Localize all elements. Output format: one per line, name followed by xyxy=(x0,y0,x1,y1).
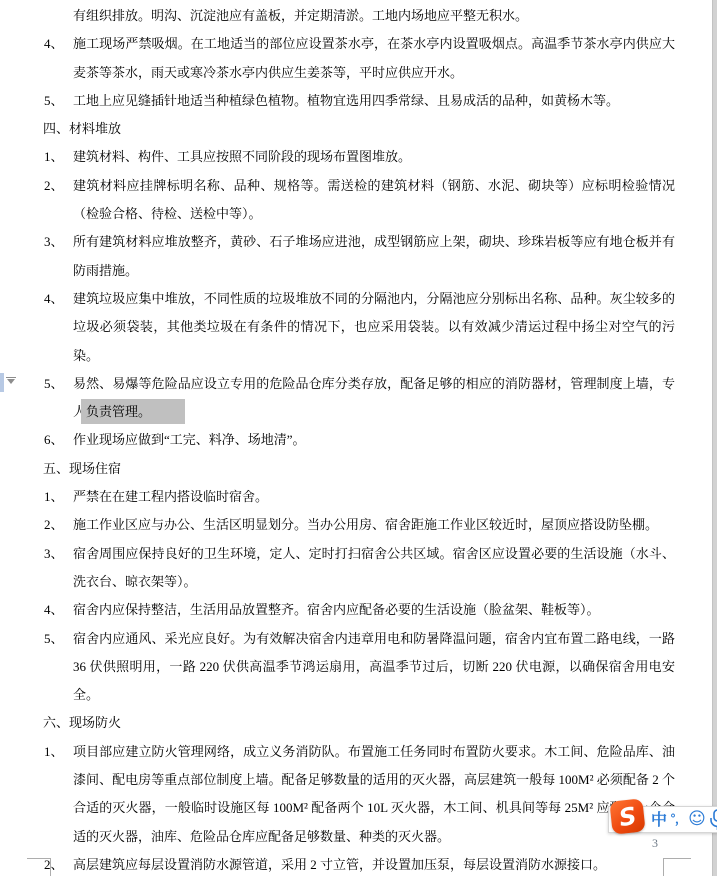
list-item[interactable]: 1、项目部应建立防火管理网络，成立义务消防队。布置施工任务同时布置防火要求。木工… xyxy=(43,738,675,851)
paragraph-text: 建筑材料、构件、工具应按照不同阶段的现场布置图堆放。 xyxy=(73,149,411,164)
list-item[interactable]: 3、所有建筑材料应堆放整齐，黄砂、石子堆场应进池，成型钢筋应上架，砌块、珍珠岩板… xyxy=(43,228,675,285)
paragraph-text: 宿舍内应通风、采光应良好。为有效解决宿舍内违章用电和防暑降温问题，宿舍内宜布置二… xyxy=(73,631,675,703)
paragraph-text: 高层建筑应每层设置消防水源管道，采用 2 寸立管，并设置加压泵，每层设置消防水源… xyxy=(73,857,606,872)
sogou-logo-letter: S xyxy=(617,803,638,830)
item-number: 4、 xyxy=(44,30,64,58)
paragraph-continuation[interactable]: 有组织排放。明沟、沉淀池应有盖板，并定期清淤。工地内场地应平整无积水。 xyxy=(73,2,675,30)
item-number: 3、 xyxy=(44,228,64,256)
item-number: 5、 xyxy=(44,87,64,115)
item-number: 1、 xyxy=(44,483,64,511)
margin-marker-bar xyxy=(0,373,4,392)
microphone-icon[interactable] xyxy=(707,809,717,831)
ime-language-mode-button[interactable]: 中 xyxy=(649,806,669,833)
list-item[interactable]: 5、宿舍内应通风、采光应良好。为有效解决宿舍内违章用电和防暑降温问题，宿舍内宜布… xyxy=(43,625,675,710)
paragraph-text: 所有建筑材料应堆放整齐，黄砂、石子堆场应进池，成型钢筋应上架，砌块、珍珠岩板等应… xyxy=(73,234,675,277)
list-item[interactable]: 2、施工作业区应与办公、生活区明显划分。当办公用房、宿舍距施工作业区较近时，屋顶… xyxy=(43,511,675,539)
paragraph-text: 施工现场严禁吸烟。在工地适当的部位应设置茶水亭，在茶水亭内设置吸烟点。高温季节茶… xyxy=(73,36,675,79)
item-number: 2、 xyxy=(44,172,64,200)
dropdown-arrow-icon[interactable] xyxy=(7,379,15,384)
paragraph-text: 六、现场防火 xyxy=(43,715,121,730)
ime-emoji-button[interactable]: ☺ xyxy=(687,806,707,833)
list-item[interactable]: 1、严禁在在建工程内搭设临时宿舍。 xyxy=(43,483,675,511)
text-boundary-mark-left xyxy=(27,858,51,859)
list-item[interactable]: 5、易然、易爆等危险品应设立专用的危险品仓库分类存放，配备足够的相应的消防器材，… xyxy=(43,370,675,427)
text-boundary-mark-right xyxy=(663,858,691,859)
highlighted-text[interactable]: 负责管理。 xyxy=(81,399,185,424)
list-item[interactable]: 2、高层建筑应每层设置消防水源管道，采用 2 寸立管，并设置加压泵，每层设置消防… xyxy=(43,851,675,876)
paragraph-text: 宿舍周围应保持良好的卫生环境，定人、定时打扫宿舍公共区域。宿舍区应设置必要的生活… xyxy=(73,546,675,589)
text-boundary-mark-left xyxy=(50,858,51,876)
item-number: 4、 xyxy=(44,285,64,313)
list-item[interactable]: 4、宿舍内应保持整洁，生活用品放置整齐。宿舍内应配备必要的生活设施（脸盆架、鞋板… xyxy=(43,596,675,624)
section-heading[interactable]: 四、材料堆放 xyxy=(43,115,675,143)
item-number: 6、 xyxy=(44,426,64,454)
paragraph-text: 五、现场住宿 xyxy=(43,461,121,476)
list-item[interactable]: 1、建筑材料、构件、工具应按照不同阶段的现场布置图堆放。 xyxy=(43,143,675,171)
item-number: 2、 xyxy=(44,851,64,876)
paragraph-text: 四、材料堆放 xyxy=(43,121,121,136)
section-heading[interactable]: 五、现场住宿 xyxy=(43,455,675,483)
item-number: 5、 xyxy=(44,370,64,398)
ime-punctuation-button[interactable]: °， xyxy=(669,806,687,833)
list-item[interactable]: 6、作业现场应做到“工完、料净、场地清”。 xyxy=(43,426,675,454)
paragraph-text: 工地上应见缝插针地适当种植绿色植物。植物宜选用四季常绿、且易成活的品种，如黄杨木… xyxy=(73,93,619,108)
page-number: 3 xyxy=(652,836,658,851)
item-number: 1、 xyxy=(44,143,64,171)
list-item[interactable]: 3、宿舍周围应保持良好的卫生环境，定人、定时打扫宿舍公共区域。宿舍区应设置必要的… xyxy=(43,540,675,597)
paragraph-text: 严禁在在建工程内搭设临时宿舍。 xyxy=(73,489,268,504)
paragraph-text: 宿舍内应保持整洁，生活用品放置整齐。宿舍内应配备必要的生活设施（脸盆架、鞋板等）… xyxy=(73,602,600,617)
item-number: 4、 xyxy=(44,596,64,624)
text-boundary-mark-right xyxy=(663,858,664,876)
item-number: 2、 xyxy=(44,511,64,539)
paragraph-text: 建筑垃圾应集中堆放，不同性质的垃圾堆放不同的分隔池内，分隔池应分别标出名称、品种… xyxy=(73,291,675,363)
document-body[interactable]: 有组织排放。明沟、沉淀池应有盖板，并定期清淤。工地内场地应平整无积水。4、施工现… xyxy=(43,2,675,876)
paragraph-text: 施工作业区应与办公、生活区明显划分。当办公用房、宿舍距施工作业区较近时，屋顶应搭… xyxy=(73,517,658,532)
sogou-logo-icon[interactable]: S xyxy=(609,798,645,834)
right-edge-strip xyxy=(712,0,717,876)
paragraph-text: 作业现场应做到“工完、料净、场地清”。 xyxy=(73,432,306,447)
section-heading[interactable]: 六、现场防火 xyxy=(43,709,675,737)
list-item[interactable]: 2、建筑材料应挂牌标明名称、品种、规格等。需送检的建筑材料（钢筋、水泥、砌块等）… xyxy=(43,172,675,229)
paragraph-text: 建筑材料应挂牌标明名称、品种、规格等。需送检的建筑材料（钢筋、水泥、砌块等）应标… xyxy=(73,178,675,221)
list-item[interactable]: 4、施工现场严禁吸烟。在工地适当的部位应设置茶水亭，在茶水亭内设置吸烟点。高温季… xyxy=(43,30,675,87)
item-number: 5、 xyxy=(44,625,64,653)
list-item[interactable]: 4、建筑垃圾应集中堆放，不同性质的垃圾堆放不同的分隔池内，分隔池应分别标出名称、… xyxy=(43,285,675,370)
paragraph-text: 有组织排放。明沟、沉淀池应有盖板，并定期清淤。工地内场地应平整无积水。 xyxy=(73,8,528,23)
paragraph-text: 项目部应建立防火管理网络，成立义务消防队。布置施工任务同时布置防火要求。木工间、… xyxy=(73,744,675,844)
item-number: 1、 xyxy=(44,738,64,766)
item-number: 3、 xyxy=(44,540,64,568)
list-item[interactable]: 5、工地上应见缝插针地适当种植绿色植物。植物宜选用四季常绿、且易成活的品种，如黄… xyxy=(43,87,675,115)
word-processor-viewport: { "document": { "paragraphs": [ {"type":… xyxy=(0,0,717,876)
